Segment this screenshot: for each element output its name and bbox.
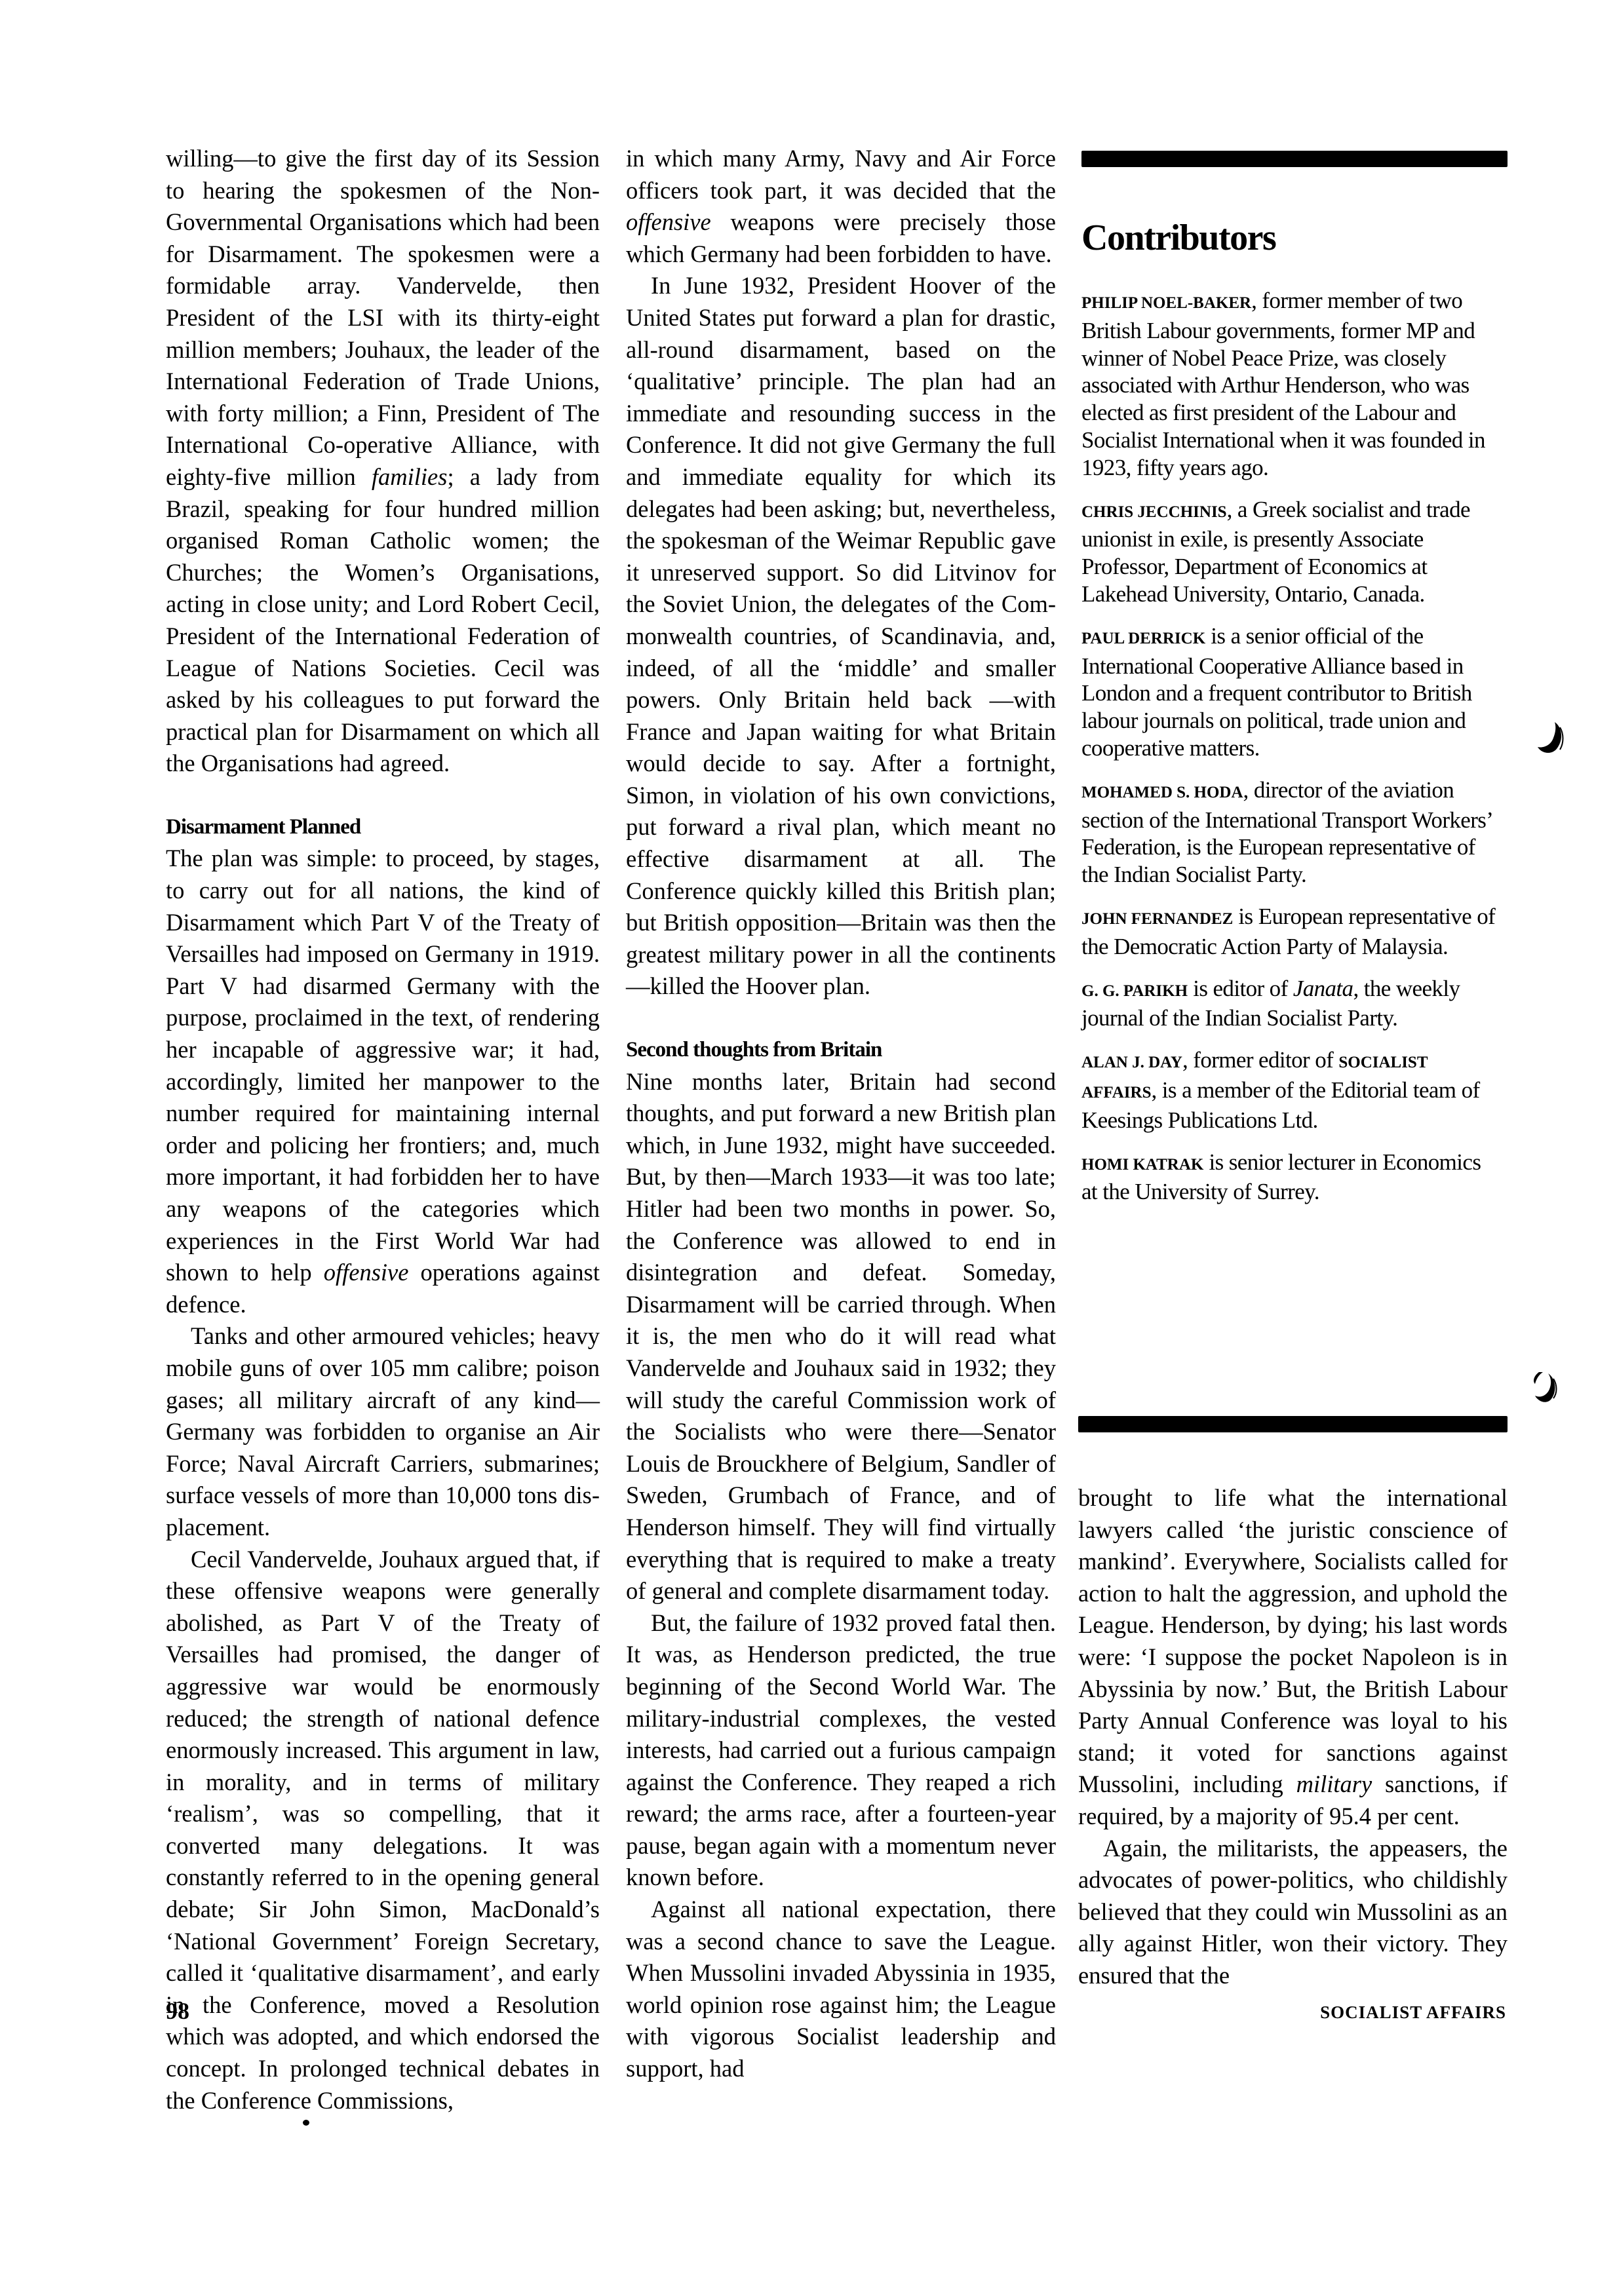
contributor-entry: John Fernandez is European repre­sentati… (1081, 903, 1501, 961)
paragraph: Against all national expectation, there … (626, 1894, 1056, 2085)
contributor-entry: Philip Noel-Baker, former member of two … (1081, 287, 1501, 482)
contributor-entry: Paul Derrick is a senior official of the… (1081, 622, 1501, 762)
contributors-list: Philip Noel-Baker, former member of two … (1081, 287, 1501, 1220)
paragraph: The plan was simple: to proceed, by stag… (166, 843, 600, 1320)
contributor-entry: Chris Jecchinis, a Greek socialist and t… (1081, 496, 1501, 608)
contributor-entry: Homi Katrak is senior lecturer in Econom… (1081, 1149, 1501, 1206)
article-column-3: brought to life what the international l… (1078, 1482, 1508, 1992)
paragraph: in which many Army, Navy and Air Force o… (626, 143, 1056, 270)
contributor-entry: Alan J. Day, former editor of Socialist … (1081, 1046, 1501, 1134)
contributors-heading: Contributors (1081, 215, 1275, 261)
paragraph: Tanks and other armoured vehicles; heavy… (166, 1320, 600, 1543)
contributor-entry: Mohamed S. Hoda, director of the aviatio… (1081, 776, 1501, 889)
contributor-entry: G. G. Parikh is editor of Janata, the we… (1081, 975, 1501, 1033)
paragraph: But, the failure of 1932 proved fatal th… (626, 1607, 1056, 1894)
paragraph: Nine months later, Britain had second th… (626, 1066, 1056, 1607)
page-number: 98 (166, 1997, 189, 2025)
article-column-1: willing—to give the first day of its Ses… (166, 143, 600, 2116)
paragraph: In June 1932, President Hoover of the Un… (626, 270, 1056, 1003)
paragraph: Again, the militarists, the appeasers, t… (1078, 1833, 1508, 1992)
contributors-bottom-rule (1078, 1416, 1508, 1432)
contributors-top-rule (1081, 151, 1508, 167)
article-column-2: in which many Army, Navy and Air Force o… (626, 143, 1056, 2085)
paragraph: Cecil Vandervelde, Jouhaux argued that, … (166, 1544, 600, 2117)
section-heading-second-thoughts: Second thoughts from Britain (626, 1034, 1056, 1066)
running-footer: SOCIALIST AFFAIRS (1320, 2002, 1506, 2023)
paragraph: brought to life what the international l… (1078, 1482, 1508, 1833)
paragraph: willing—to give the first day of its Ses… (166, 143, 600, 780)
punch-hole-icon (1536, 721, 1565, 755)
section-heading-disarmament-planned: Disarmament Planned (166, 811, 600, 843)
punch-hole-icon (1531, 1369, 1560, 1404)
print-speck (303, 2120, 309, 2126)
